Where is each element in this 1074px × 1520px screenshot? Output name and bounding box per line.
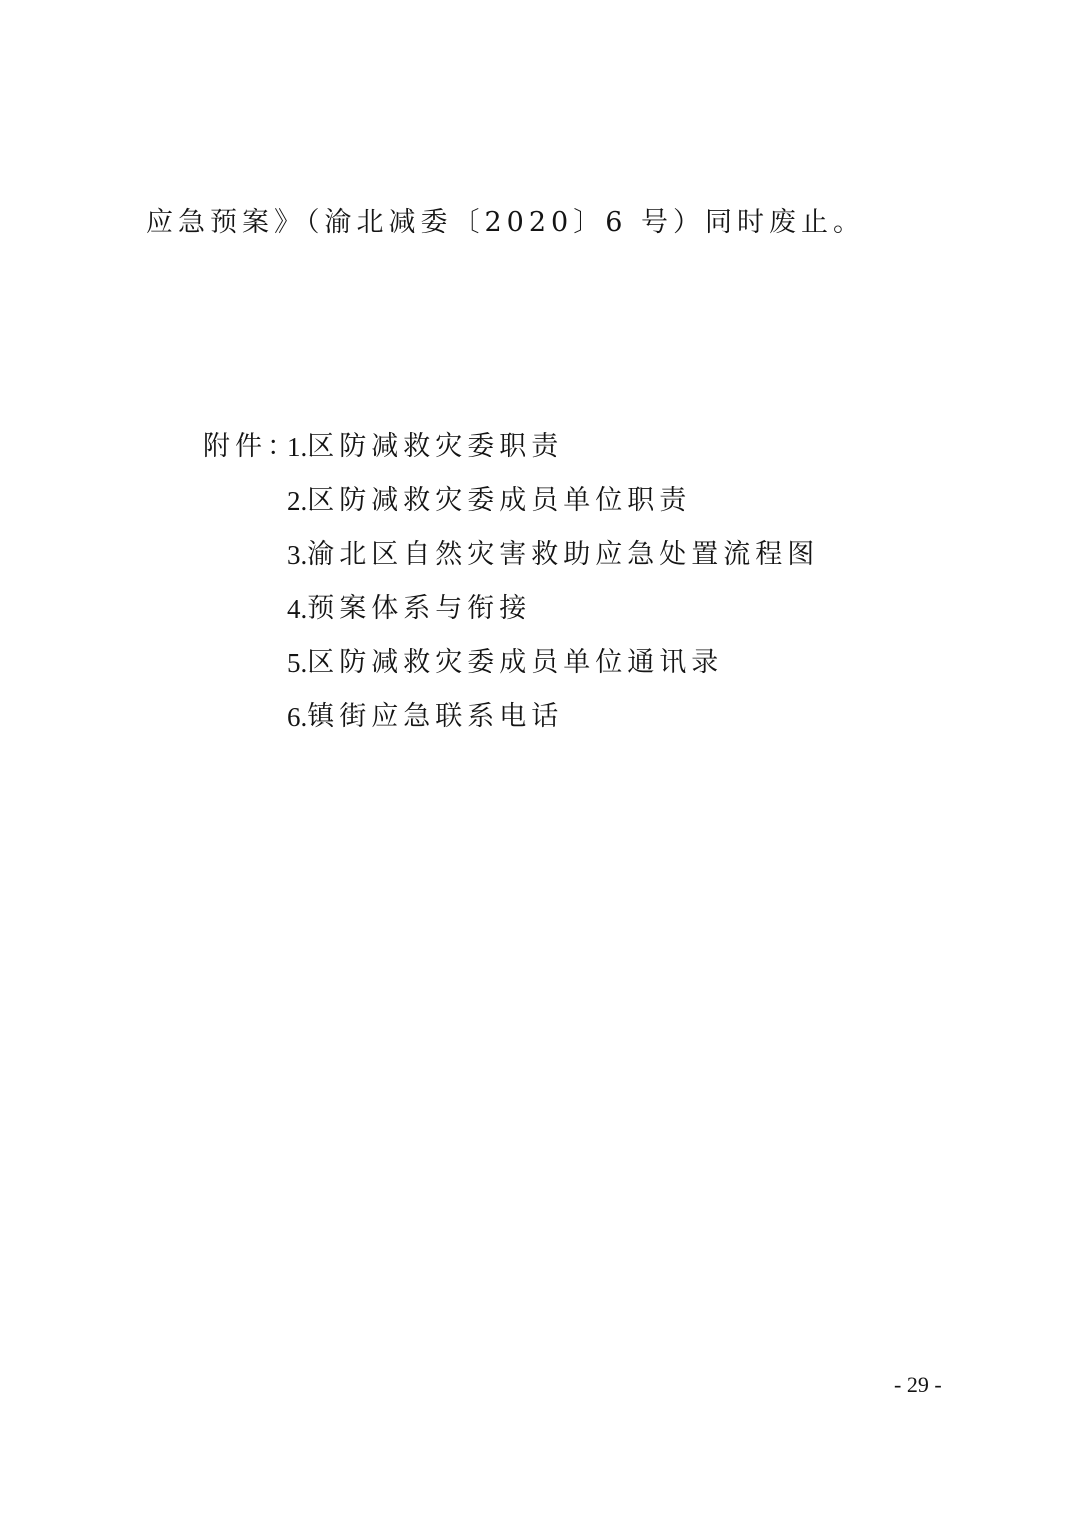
attachments-list: 附件： 1. 区防减救灾委职责 2. 区防减救灾委成员单位职责 3. 渝北区自然… xyxy=(203,420,819,744)
attachment-item-1: 附件： 1. 区防减救灾委职责 xyxy=(203,420,819,474)
attachment-item-5: 5. 区防减救灾委成员单位通讯录 xyxy=(203,636,819,690)
attachment-number: 1. xyxy=(287,420,307,474)
attachment-number: 6. xyxy=(287,690,307,744)
attachments-label: 附件： xyxy=(203,420,287,474)
attachment-title: 区防减救灾委职责 xyxy=(307,420,563,474)
attachment-title: 区防减救灾委成员单位通讯录 xyxy=(307,636,723,690)
attachment-number: 4. xyxy=(287,582,307,636)
attachment-item-4: 4. 预案体系与衔接 xyxy=(203,582,819,636)
attachment-title: 渝北区自然灾害救助应急处置流程图 xyxy=(307,528,819,582)
attachment-number: 2. xyxy=(287,474,307,528)
attachment-item-6: 6. 镇街应急联系电话 xyxy=(203,690,819,744)
attachment-number: 5. xyxy=(287,636,307,690)
paragraph-continuation: 应急预案》（渝北减委〔2020〕6 号）同时废止。 xyxy=(146,202,865,244)
page-number: - 29 - xyxy=(894,1370,942,1400)
attachment-item-3: 3. 渝北区自然灾害救助应急处置流程图 xyxy=(203,528,819,582)
attachment-title: 预案体系与衔接 xyxy=(307,582,531,636)
document-page: 应急预案》（渝北减委〔2020〕6 号）同时废止。 附件： 1. 区防减救灾委职… xyxy=(0,0,1074,1520)
attachment-title: 镇街应急联系电话 xyxy=(307,690,563,744)
attachment-title: 区防减救灾委成员单位职责 xyxy=(307,474,691,528)
attachment-number: 3. xyxy=(287,528,307,582)
attachment-item-2: 2. 区防减救灾委成员单位职责 xyxy=(203,474,819,528)
